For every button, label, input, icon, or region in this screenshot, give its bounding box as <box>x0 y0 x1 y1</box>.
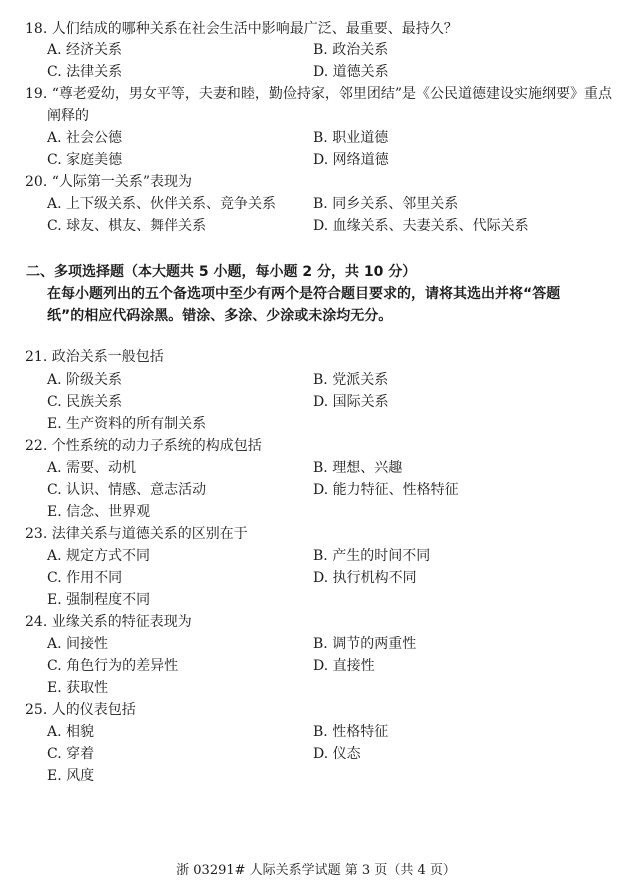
question-23-stem: 23. 法律关系与道德关系的区别在于 <box>25 524 248 544</box>
question-21-option-b: B. 党派关系 <box>313 370 388 390</box>
question-22-option-b: B. 理想、兴趣 <box>313 458 402 478</box>
question-24-stem: 24. 业缘关系的特征表现为 <box>25 612 192 632</box>
question-21-option-a: A. 阶级关系 <box>47 370 122 390</box>
question-21-option-c: C. 民族关系 <box>47 392 122 412</box>
question-25-option-a: A. 相貌 <box>47 722 94 742</box>
question-20-option-b: B. 同乡关系、邻里关系 <box>313 194 458 214</box>
question-18-option-c: C. 法律关系 <box>47 62 122 82</box>
question-22-option-e: E. 信念、世界观 <box>47 502 150 522</box>
question-25-option-b: B. 性格特征 <box>313 722 388 742</box>
question-19-option-b: B. 职业道德 <box>313 128 388 148</box>
question-23-option-a: A. 规定方式不同 <box>47 546 150 566</box>
section-2-instruction-line-2: 纸”的相应代码涂黑。错涂、多涂、少涂或未涂均无分。 <box>47 306 392 326</box>
question-20-option-d: D. 血缘关系、夫妻关系、代际关系 <box>313 216 529 236</box>
question-21-option-d: D. 国际关系 <box>313 392 389 412</box>
question-23-option-b: B. 产生的时间不同 <box>313 546 430 566</box>
question-22-option-c: C. 认识、情感、意志活动 <box>47 480 206 500</box>
question-18-option-a: A. 经济关系 <box>47 40 122 60</box>
question-21-stem: 21. 政治关系一般包括 <box>25 347 164 367</box>
question-18-stem: 18. 人们结成的哪种关系在社会生活中影响最广泛、最重要、最持久？ <box>25 19 458 39</box>
section-2-instruction-line-1: 在每小题列出的五个备选项中至少有两个是符合题目要求的，请将其选出并将“答题 <box>47 284 560 304</box>
question-22-option-d: D. 能力特征、性格特征 <box>313 480 459 500</box>
question-24-option-d: D. 直接性 <box>313 656 375 676</box>
exam-page: 18. 人们结成的哪种关系在社会生活中影响最广泛、最重要、最持久？ A. 经济关… <box>0 0 632 892</box>
question-24-option-a: A. 间接性 <box>47 634 108 654</box>
question-19-option-a: A. 社会公德 <box>47 128 122 148</box>
question-20-option-c: C. 球友、棋友、舞伴关系 <box>47 216 206 236</box>
question-22-stem: 22. 个性系统的动力子系统的构成包括 <box>25 436 262 456</box>
question-23-option-d: D. 执行机构不同 <box>313 568 417 588</box>
question-25-option-d: D. 仪态 <box>313 744 361 764</box>
question-19-option-d: D. 网络道德 <box>313 150 389 170</box>
question-25-stem: 25. 人的仪表包括 <box>25 700 136 720</box>
question-19-option-c: C. 家庭美德 <box>47 150 122 170</box>
question-22-option-a: A. 需要、动机 <box>47 458 136 478</box>
question-19-stem-continued: 阐释的 <box>47 106 89 126</box>
question-18-option-b: B. 政治关系 <box>313 40 388 60</box>
question-24-option-c: C. 角色行为的差异性 <box>47 656 178 676</box>
question-24-option-b: B. 调节的两重性 <box>313 634 416 654</box>
question-19-stem: 19. “尊老爱幼，男女平等，夫妻和睦，勤俭持家，邻里团结”是《公民道德建设实施… <box>25 84 612 104</box>
question-20-option-a: A. 上下级关系、伙伴关系、竞争关系 <box>47 194 276 214</box>
section-2-title: 二、多项选择题（本大题共 5 小题，每小题 2 分，共 10 分） <box>26 262 416 282</box>
question-24-option-e: E. 获取性 <box>47 678 108 698</box>
question-23-option-c: C. 作用不同 <box>47 568 122 588</box>
question-20-stem: 20. “人际第一关系”表现为 <box>25 172 192 192</box>
question-18-option-d: D. 道德关系 <box>313 62 389 82</box>
question-25-option-e: E. 风度 <box>47 766 94 786</box>
question-21-option-e: E. 生产资料的所有制关系 <box>47 414 206 434</box>
question-23-option-e: E. 强制程度不同 <box>47 590 150 610</box>
question-25-option-c: C. 穿着 <box>47 744 94 764</box>
page-footer: 浙 03291# 人际关系学试题 第 3 页（共 4 页） <box>0 861 632 881</box>
